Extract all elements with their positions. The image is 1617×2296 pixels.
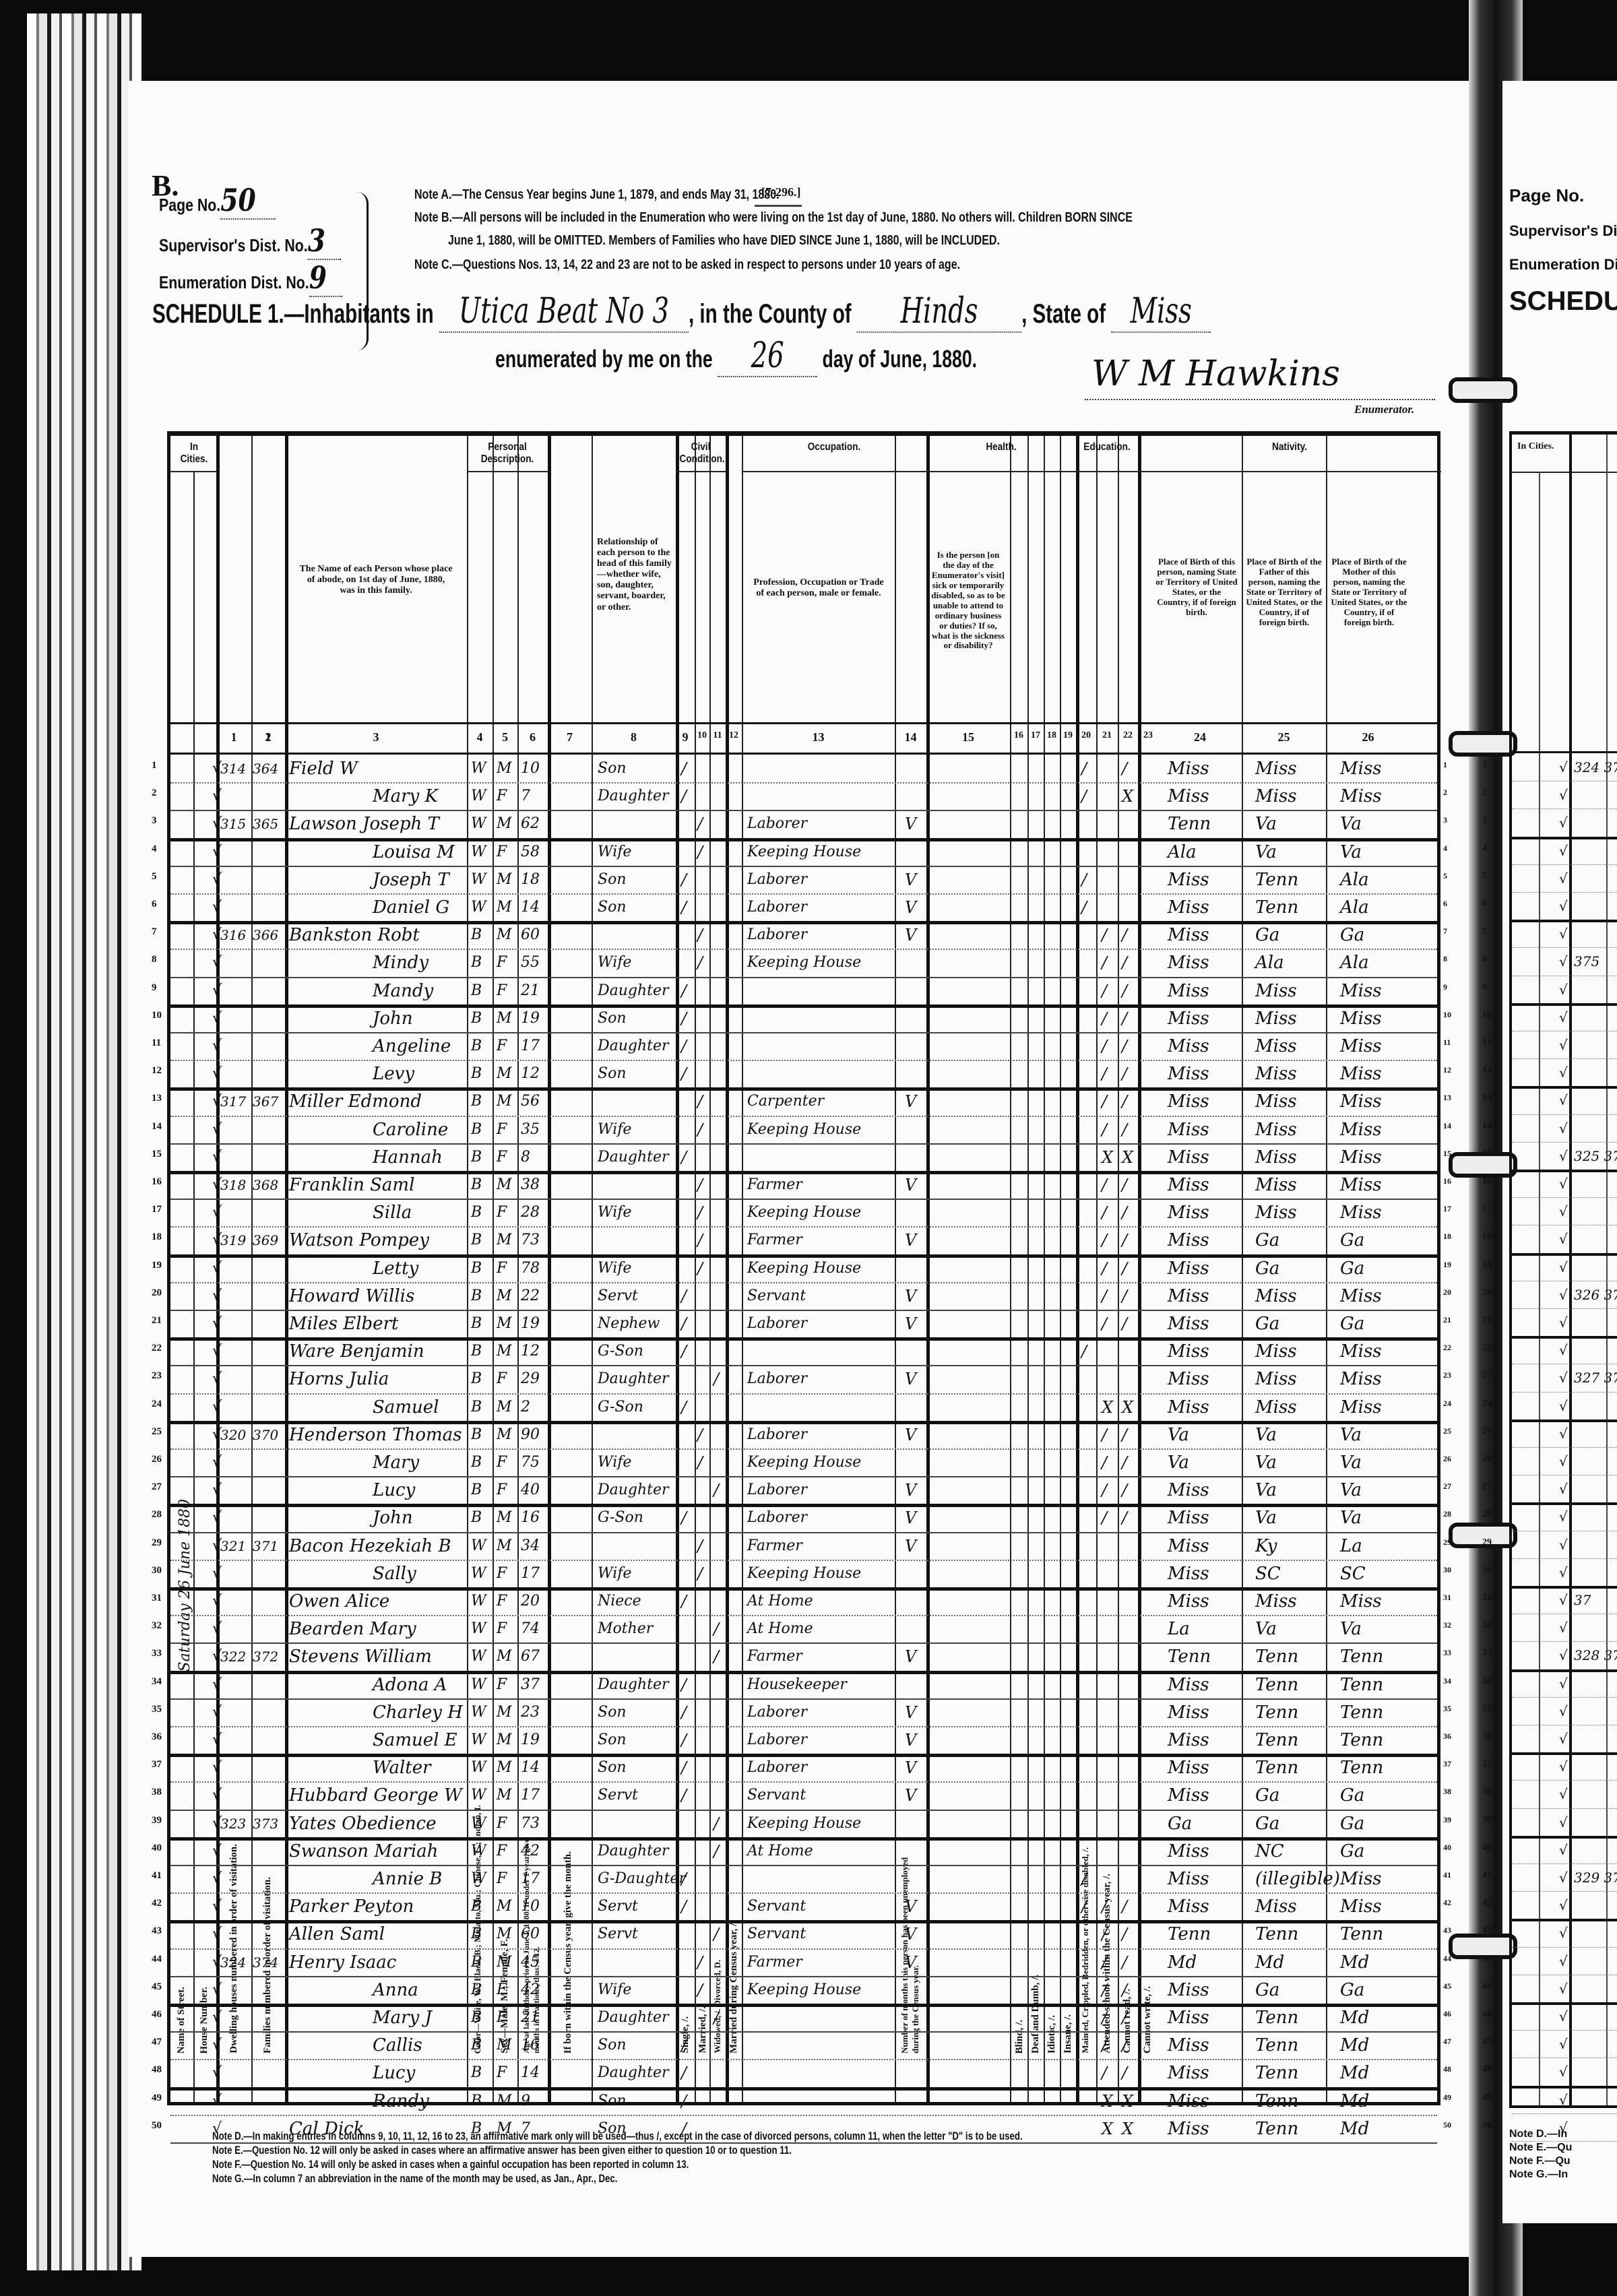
sex-value: M: [497, 1285, 512, 1308]
relationship-value: Daughter: [598, 2006, 669, 2029]
line-number: 27: [152, 1481, 162, 1493]
school-mark: /: [1081, 1868, 1087, 1890]
cannot-read-mark: /: [1102, 1923, 1107, 1946]
check-mark: √: [1559, 1006, 1568, 1029]
relationship-value: Wife: [598, 1451, 631, 1474]
line-number: 28: [1443, 1509, 1451, 1519]
cannot-write-mark: /: [1122, 1257, 1127, 1280]
birthplace-value: Tenn: [1168, 1923, 1211, 1946]
birthplace-value: Miss: [1168, 868, 1209, 891]
sex-value: F: [497, 1035, 507, 1058]
birthplace-value: Miss: [1168, 1979, 1209, 2002]
age-value: 73: [521, 1229, 540, 1252]
cannot-write-mark: X: [1122, 2090, 1133, 2113]
line-number: 46: [1443, 2009, 1451, 2019]
age-value: 17: [521, 1868, 540, 1890]
father-birthplace-value: Va: [1255, 841, 1277, 864]
unemployed-mark: V: [905, 1312, 916, 1335]
check-mark: √: [1559, 1172, 1568, 1195]
birthplace-value: Miss: [1168, 1062, 1209, 1085]
mother-birthplace-value: Md: [1340, 1951, 1369, 1974]
line-number: 17: [152, 1204, 162, 1215]
single-mark: /: [681, 1590, 687, 1613]
mother-birthplace-value: Miss: [1340, 1174, 1382, 1197]
right-line-number: 42: [1482, 1898, 1492, 1909]
check-mark: √: [1559, 1977, 1568, 2000]
check-mark: √: [212, 1257, 222, 1280]
father-birthplace-value: Tenn: [1255, 1701, 1298, 1724]
check-mark: √: [212, 2006, 222, 2029]
birthplace-value: Md: [1168, 1951, 1197, 1974]
right-table-row: √: [1512, 1392, 1617, 1422]
occupation-value: Farmer: [747, 1645, 802, 1668]
relationship-value: Wife: [598, 841, 631, 864]
occupation-value: Keeping House: [747, 1562, 861, 1585]
age-value: 75: [521, 1451, 540, 1474]
right-table-row: √: [1512, 808, 1617, 839]
right-line-number: 50: [1482, 2120, 1492, 2131]
right-in-cities: In Cities.: [1517, 441, 1554, 452]
right-line-number: 47: [1482, 2037, 1492, 2047]
relationship-value: Mother: [598, 1618, 653, 1640]
sex-value: M: [497, 1895, 512, 1918]
married-mark: /: [697, 951, 703, 974]
col-number-16: 16: [1010, 730, 1027, 741]
color-value: B: [471, 1451, 482, 1474]
person-name: Henderson Thomas: [289, 1424, 462, 1446]
line-number: 11: [1443, 1038, 1451, 1048]
line-number: 2: [152, 788, 157, 799]
person-name: Bankston Robt: [289, 924, 420, 947]
check-mark: √: [212, 896, 222, 919]
unemployed-mark: V: [905, 1479, 916, 1502]
cannot-write-mark: X: [1122, 2117, 1133, 2140]
right-table-row: √: [1512, 1725, 1617, 1755]
person-name: Annie B: [373, 1868, 442, 1890]
family-number: 366: [253, 924, 278, 947]
line-number: 20: [1443, 1287, 1451, 1298]
table-row: √317367Miller EdmondBM56/CarpenterV//Mis…: [170, 1087, 1437, 1116]
note-e: Note E.—Question No. 12 will only be ask…: [212, 2143, 1023, 2157]
right-table-row: √: [1512, 2086, 1617, 2114]
col-number-1: 1: [216, 730, 251, 744]
unemployed-mark: V: [905, 1368, 916, 1391]
person-name: Miles Elbert: [289, 1312, 398, 1335]
line-number: 34: [1443, 1676, 1451, 1686]
person-name: Louisa M: [373, 841, 455, 864]
line-number: 20: [152, 1287, 162, 1299]
check-mark: √: [1559, 1533, 1568, 1556]
cannot-read-mark: /: [1102, 1035, 1107, 1058]
right-line-number: 11: [1482, 1038, 1491, 1048]
birthplace-value: Miss: [1168, 1756, 1209, 1779]
single-mark: /: [681, 896, 687, 919]
check-mark: √: [212, 1285, 222, 1308]
right-line-number: 19: [1482, 1260, 1492, 1271]
mother-birthplace-value: Miss: [1340, 1118, 1382, 1141]
sex-value: F: [497, 1618, 507, 1640]
table-row: √Horns JuliaBF29Daughter/LaborerVMissMis…: [170, 1365, 1437, 1394]
unemployed-mark: V: [905, 868, 916, 891]
right-table-row: √: [1512, 1114, 1617, 1143]
married-mark: /: [697, 1201, 703, 1224]
person-name: Henry Isaac: [289, 1951, 396, 1974]
right-table-row: √: [1512, 2058, 1617, 2088]
father-birthplace-value: Tenn: [1255, 1729, 1298, 1752]
check-mark: √: [1559, 1866, 1568, 1889]
color-value: W: [471, 1812, 486, 1835]
right-table-row: √: [1512, 864, 1617, 893]
sex-value: F: [497, 1368, 507, 1391]
right-note-d: Note D.—In: [1509, 2128, 1572, 2141]
sex-value: F: [497, 841, 507, 864]
mother-birthplace-value: Tenn: [1340, 1923, 1383, 1946]
table-row: √MindyBF55Wife/Keeping House//MissAlaAla: [170, 949, 1437, 978]
father-birthplace-value: Tenn: [1255, 2062, 1298, 2084]
line-number: 48: [152, 2064, 162, 2076]
unemployed-mark: V: [905, 1756, 916, 1779]
family-number: 373: [253, 1812, 278, 1835]
right-table-row: √: [1512, 1502, 1617, 1531]
check-mark: √: [1559, 1700, 1568, 1723]
table-row: √SillaBF28Wife/Keeping House//MissMissMi…: [170, 1199, 1437, 1227]
birthplace-value: Miss: [1168, 1340, 1209, 1363]
sex-value: M: [497, 868, 512, 891]
right-table-row: √: [1512, 1308, 1617, 1339]
birthplace-value: Miss: [1168, 924, 1209, 947]
birthplace-value: Miss: [1168, 1146, 1209, 1169]
table-row: √AnnaBF42Wife/Keeping House//MissGaGa: [170, 1976, 1437, 2007]
relationship-value: Nephew: [598, 1312, 660, 1335]
relationship-value: Wife: [598, 1118, 631, 1141]
sex-value: F: [497, 1840, 507, 1863]
sex-value: F: [497, 1868, 507, 1890]
right-line-number: 2: [1482, 788, 1487, 798]
note-c: Note C.—Questions Nos. 13, 14, 22 and 23…: [414, 257, 960, 273]
check-mark: √: [1559, 1783, 1568, 1806]
father-birthplace-value: Miss: [1255, 980, 1297, 1002]
mother-birthplace-value: Ga: [1340, 1784, 1364, 1807]
relationship-value: Son: [598, 896, 627, 919]
father-birthplace-value: Miss: [1255, 1118, 1297, 1141]
group-occupation: Occupation.: [756, 441, 913, 453]
check-mark: √: [1559, 1477, 1568, 1500]
mother-birthplace-value: Miss: [1340, 785, 1382, 808]
table-row: √Bearden MaryWF74Mother/At HomeLaVaVa: [170, 1615, 1437, 1644]
enumerated-line: enumerated by me on the 26 day of June, …: [495, 336, 977, 377]
father-birthplace-value: Miss: [1255, 1035, 1297, 1058]
widowed-mark: /: [714, 1618, 719, 1640]
right-dwelling-family-number: 325 37: [1574, 1145, 1617, 1168]
person-name: Mindy: [373, 951, 429, 974]
line-number: 27: [1443, 1481, 1451, 1492]
table-row: √Miles ElbertBM19Nephew/LaborerV//MissGa…: [170, 1310, 1437, 1341]
col-number-8: 8: [592, 730, 676, 744]
single-mark: /: [681, 1340, 687, 1363]
color-value: B: [471, 2034, 482, 2057]
mother-birthplace-value: Tenn: [1340, 1645, 1383, 1668]
sex-value: F: [497, 1146, 507, 1169]
unemployed-mark: V: [905, 1784, 916, 1807]
color-value: W: [471, 868, 486, 891]
table-row: √319369Watson PompeyBM73/FarmerV//MissGa…: [170, 1226, 1437, 1257]
right-line-number: 49: [1482, 2093, 1492, 2103]
birthplace-value: Miss: [1168, 1701, 1209, 1724]
birthplace-value: Miss: [1168, 1368, 1209, 1391]
person-name: Randy: [373, 2090, 429, 2113]
relationship-value: Son: [598, 1756, 627, 1779]
person-name: Lawson Joseph T: [289, 812, 439, 835]
right-table-row: √: [1512, 1919, 1617, 1947]
mother-birthplace-value: Miss: [1340, 757, 1382, 780]
cannot-write-mark: /: [1122, 2006, 1127, 2029]
person-name: Allen Saml: [289, 1923, 385, 1946]
person-name: Franklin Saml: [289, 1174, 414, 1197]
age-value: 29: [521, 1368, 540, 1391]
mother-birthplace-value: Miss: [1340, 1895, 1382, 1918]
unemployed-mark: V: [905, 1229, 916, 1252]
line-number: 8: [152, 954, 157, 965]
color-value: B: [471, 1396, 482, 1419]
person-name: Hubbard George W: [289, 1784, 462, 1807]
check-mark: √: [212, 1729, 222, 1752]
line-number: 6: [1443, 899, 1447, 909]
cannot-write-mark: X: [1122, 1146, 1133, 1169]
school-mark: /: [1081, 1895, 1087, 1918]
occupation-value: Keeping House: [747, 1118, 861, 1141]
check-mark: √: [212, 1868, 222, 1890]
line-number: 3: [1443, 815, 1447, 825]
right-table-row: √: [1512, 1031, 1617, 1059]
age-value: 14: [521, 2062, 540, 2084]
right-table-row: √: [1512, 1253, 1617, 1281]
occupation-value: Laborer: [747, 896, 807, 919]
line-number: 21: [152, 1315, 162, 1327]
age-value: 20: [521, 1590, 540, 1613]
line-number: 39: [152, 1815, 162, 1826]
cannot-write-mark: /: [1122, 1451, 1127, 1474]
sex-value: M: [497, 1062, 512, 1085]
mother-birthplace-value: Md: [1340, 2034, 1369, 2057]
cannot-read-mark: /: [1102, 1090, 1107, 1113]
line-number: 12: [1443, 1065, 1451, 1075]
mother-birthplace-value: Ga: [1340, 1812, 1364, 1835]
check-mark: √: [212, 1201, 222, 1224]
age-value: 60: [521, 1923, 540, 1946]
widowed-mark: /: [714, 1923, 719, 1946]
person-name: Angeline: [373, 1035, 451, 1058]
father-birthplace-value: Ga: [1255, 1812, 1279, 1835]
line-number: 19: [1443, 1260, 1451, 1270]
note-a: Note A.—The Census Year begins June 1, 1…: [414, 187, 780, 203]
color-value: W: [471, 1784, 486, 1807]
mother-birthplace-value: Tenn: [1340, 1729, 1383, 1752]
cannot-write-mark: /: [1122, 1090, 1127, 1113]
check-mark: √: [1559, 1616, 1568, 1639]
occupation-value: Farmer: [747, 1174, 802, 1197]
line-number: 21: [1443, 1315, 1451, 1325]
state-value: Miss: [1111, 291, 1211, 333]
relationship-value: Son: [598, 868, 627, 891]
single-mark: /: [681, 980, 687, 1002]
birthplace-value: Miss: [1168, 1257, 1209, 1280]
occupation-value: Laborer: [747, 1479, 807, 1502]
right-line-number: 40: [1482, 1843, 1492, 1853]
age-value: 16: [521, 1506, 540, 1529]
right-table-row: √: [1512, 1086, 1617, 1114]
check-mark: √: [1559, 1422, 1568, 1445]
color-value: B: [471, 2090, 482, 2113]
person-name: Adona A: [373, 1673, 447, 1696]
color-value: B: [471, 1007, 482, 1030]
single-mark: /: [681, 2090, 687, 2113]
cannot-write-mark: /: [1122, 924, 1127, 947]
birthplace-value: Miss: [1168, 757, 1209, 780]
note-b-cont: June 1, 1880, will be OMITTED. Members o…: [448, 233, 1000, 249]
sex-value: M: [497, 1923, 512, 1946]
sex-value: M: [497, 757, 512, 780]
line-number: 2: [1443, 788, 1447, 798]
person-name: Daniel G: [373, 896, 449, 919]
check-mark: √: [212, 1396, 222, 1419]
col-number-13: 13: [742, 730, 895, 744]
check-mark: √: [212, 1312, 222, 1335]
person-name: Bacon Hezekiah B: [289, 1535, 451, 1558]
table-row: √Mary KWF7Daughter//XMissMissMiss: [170, 782, 1437, 811]
relationship-value: G-Son: [598, 1396, 643, 1419]
check-mark: √: [1559, 1450, 1568, 1473]
unemployed-mark: V: [905, 1645, 916, 1668]
right-line-number: 21: [1482, 1315, 1492, 1326]
single-mark: /: [681, 1007, 687, 1030]
color-value: B: [471, 1368, 482, 1391]
col-number-20: 20: [1076, 730, 1096, 741]
birthplace-value: Tenn: [1168, 812, 1211, 835]
unemployed-mark: V: [905, 1506, 916, 1529]
relationship-value: Son: [598, 1729, 627, 1752]
unemployed-mark: V: [905, 1424, 916, 1446]
father-birthplace-value: NC: [1255, 1840, 1284, 1863]
line-number: 14: [1443, 1121, 1451, 1131]
note-g: Note G.—In column 7 an abbreviation in t…: [212, 2171, 1023, 2186]
check-mark: √: [1559, 950, 1568, 973]
birthplace-value: Miss: [1168, 785, 1209, 808]
married-mark: /: [697, 1451, 703, 1474]
single-mark: /: [681, 1701, 687, 1724]
family-number: 367: [253, 1090, 278, 1113]
person-name: Watson Pompey: [289, 1229, 429, 1252]
check-mark: √: [212, 1923, 222, 1946]
line-number: 48: [1443, 2064, 1451, 2074]
page-no-field: Page No.50: [159, 182, 276, 220]
occupation-value: Laborer: [747, 1424, 807, 1446]
census-table: In Cities. Personal Description. Civil C…: [167, 431, 1440, 2105]
occupation-value: Keeping House: [747, 1201, 861, 1224]
check-mark: √: [1559, 1089, 1568, 1112]
right-supervisor-label: Supervisor's Dist. N: [1509, 222, 1617, 240]
right-line-number: 39: [1482, 1815, 1492, 1826]
right-schedule-label: SCHEDULE 1: [1509, 286, 1617, 317]
cannot-write-mark: /: [1122, 1062, 1127, 1085]
right-page-table: In Cities. √√√√√√√√√√√√√√√√√√√√√√√√√√√√√…: [1509, 431, 1617, 2108]
color-value: B: [471, 1062, 482, 1085]
married-mark: /: [697, 1174, 703, 1197]
father-birthplace-value: Miss: [1255, 1007, 1297, 1030]
page-stack-edge: [27, 13, 141, 2270]
line-number: 5: [152, 871, 157, 883]
mother-birthplace-value: Miss: [1340, 1868, 1382, 1890]
father-birthplace-value: Miss: [1255, 1340, 1297, 1363]
line-number: 34: [152, 1676, 162, 1688]
col-number-18: 18: [1044, 730, 1060, 741]
father-birthplace-value: Ga: [1255, 1257, 1279, 1280]
cannot-write-mark: /: [1122, 951, 1127, 974]
right-note-e: Note E.—Qu: [1509, 2141, 1572, 2155]
right-line-number: 34: [1482, 1676, 1492, 1687]
col-header-relationship: Relationship of each person to the head …: [597, 537, 672, 613]
right-table-row: √: [1512, 1697, 1617, 1725]
sex-value: F: [497, 1479, 507, 1502]
unemployed-mark: V: [905, 1090, 916, 1113]
father-birthplace-value: Va: [1255, 1424, 1277, 1446]
check-mark: √: [1559, 784, 1568, 806]
right-dwelling-family-number: 329 37: [1574, 1866, 1617, 1889]
line-number: 4: [1443, 843, 1447, 854]
right-line-number: 15: [1482, 1149, 1492, 1159]
right-page-no-label: Page No.: [1509, 185, 1584, 206]
mother-birthplace-value: La: [1340, 1535, 1362, 1558]
right-table-row: √: [1512, 1197, 1617, 1225]
person-name: Mary: [373, 1451, 419, 1474]
sex-value: M: [497, 896, 512, 919]
cannot-read-mark: /: [1102, 1451, 1107, 1474]
table-row: √Owen AliceWF20Niece/At HomeMissMissMiss: [170, 1587, 1437, 1616]
sex-value: F: [497, 1118, 507, 1141]
check-mark: √: [212, 1618, 222, 1640]
sex-value: M: [497, 1312, 512, 1335]
sex-value: F: [497, 1812, 507, 1835]
birthplace-value: Miss: [1168, 1229, 1209, 1252]
birthplace-value: Miss: [1168, 1201, 1209, 1224]
check-mark: √: [212, 1368, 222, 1391]
check-mark: √: [212, 2034, 222, 2057]
line-number: 22: [152, 1343, 162, 1354]
age-value: 23: [521, 1701, 540, 1724]
cannot-read-mark: X: [1102, 1146, 1113, 1169]
single-mark: /: [681, 1729, 687, 1752]
age-value: 17: [521, 1562, 540, 1585]
check-mark: √: [1559, 1561, 1568, 1584]
occupation-value: Keeping House: [747, 951, 861, 974]
birthplace-value: Miss: [1168, 1479, 1209, 1502]
check-mark: √: [212, 841, 222, 864]
table-body: √314364Field WWM10Son///MissMissMiss√Mar…: [170, 755, 1437, 2102]
table-row: √MandyBF21Daughter///MissMissMiss: [170, 977, 1437, 1008]
unemployed-mark: V: [905, 1174, 916, 1197]
birthplace-value: Miss: [1168, 1868, 1209, 1890]
enumeration-dist-label: Enumeration Dist. No.: [159, 272, 309, 292]
person-name: Levy: [373, 1062, 414, 1085]
color-value: B: [471, 1035, 482, 1058]
cannot-write-mark: /: [1122, 1923, 1127, 1946]
age-value: 58: [521, 841, 540, 864]
check-mark: √: [212, 1590, 222, 1613]
right-line-number: 36: [1482, 1731, 1492, 1742]
single-mark: /: [681, 785, 687, 808]
table-row: √LevyBM12Son///MissMissMiss: [170, 1060, 1437, 1091]
color-value: B: [471, 1340, 482, 1363]
page-no-value: 50: [220, 182, 255, 218]
